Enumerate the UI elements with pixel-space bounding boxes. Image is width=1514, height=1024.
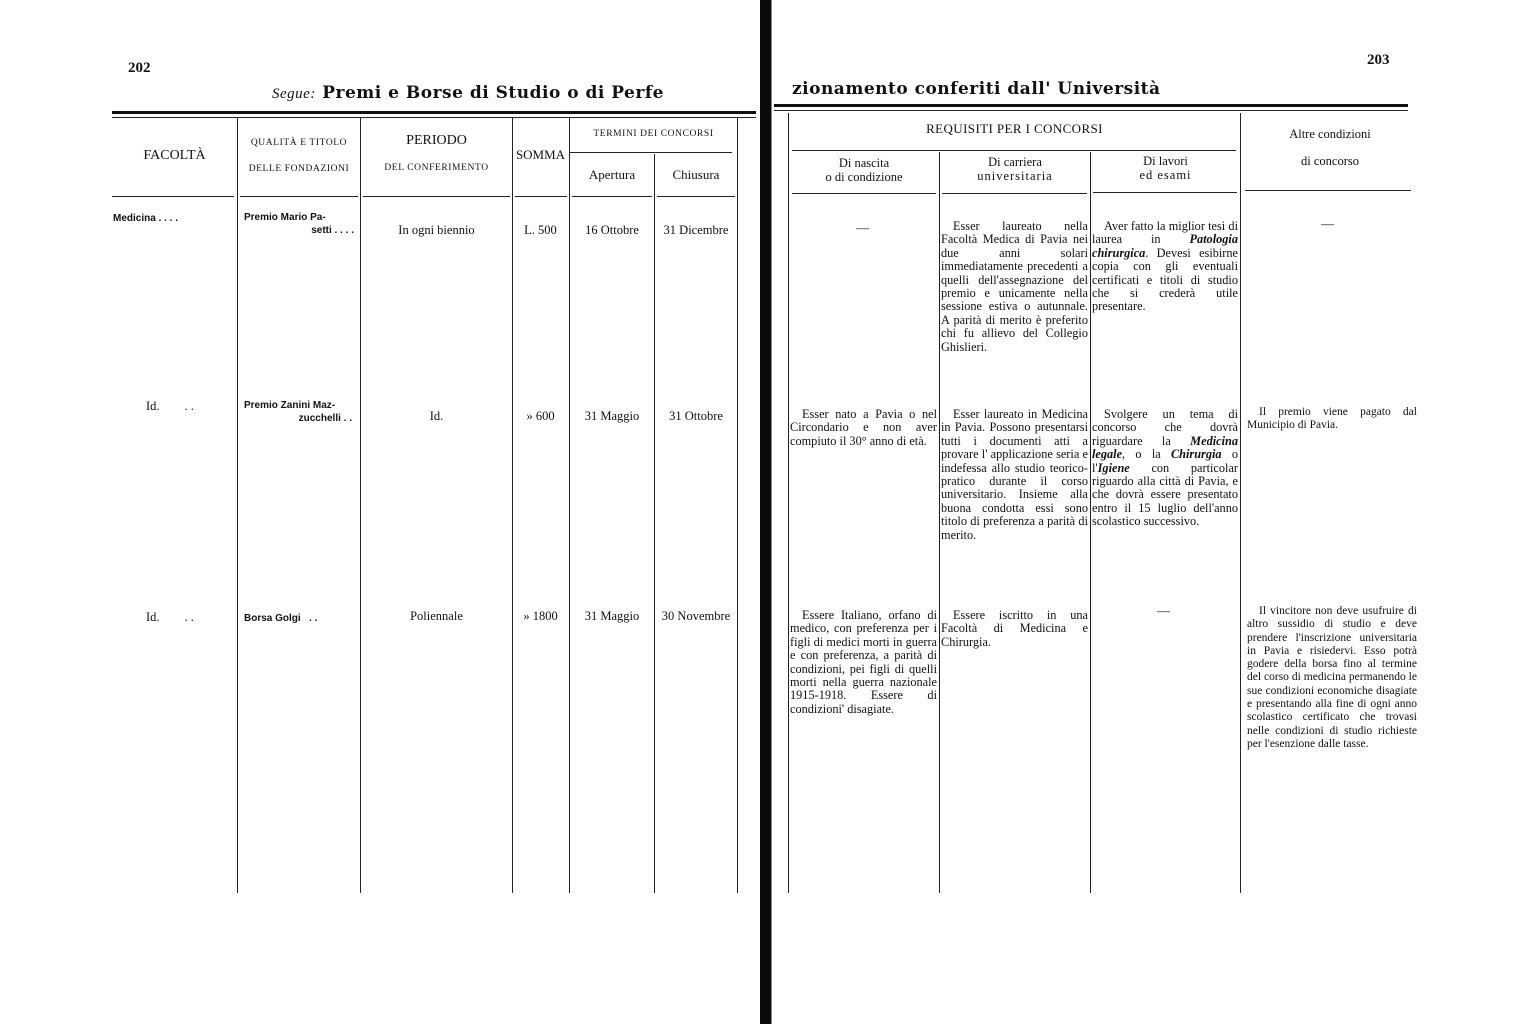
row3-apertura: 31 Maggio (570, 610, 654, 623)
header-bottom-rule (515, 196, 567, 197)
header-requisiti: REQUISITI PER I CONCORSI (789, 120, 1240, 138)
col-divider (1090, 152, 1091, 893)
row2-apertura: 31 Maggio (570, 410, 654, 423)
page-number-right: 203 (1367, 52, 1390, 69)
header-qualita-line2: DELLE FONDAZIONI (238, 163, 360, 176)
row1-facolta: Medicina . . . . (113, 213, 235, 225)
row2-lavori-italic2: Chirurgia (1171, 447, 1222, 461)
row2-lavori-b: , o la (1122, 447, 1171, 461)
row1-periodo: In ogni biennio (361, 224, 512, 237)
row2-nascita: Esser nato a Pavia o nel Circondario e n… (790, 408, 937, 448)
header-qualita-line1: QUALITÀ E TITOLO (238, 137, 360, 150)
row3-altre: Il vincitore non deve usufruire di altro… (1247, 605, 1417, 751)
row3-nascita: Essere Italiano, orfano di medico, con p… (790, 609, 937, 716)
row2-carriera: Esser laureato in Medicina in Pavia. Pos… (941, 408, 1088, 542)
header-top-rule-left (112, 111, 756, 114)
page-number-left: 202 (128, 60, 151, 77)
row2-lavori-italic3: Igiene (1098, 461, 1130, 475)
header-altre-line1: Altre condizioni (1241, 126, 1419, 144)
row1-nascita: — (856, 220, 869, 236)
row2-lavori: Svolgere un tema di concorso che dovrà r… (1092, 408, 1238, 529)
row1-carriera: Esser laureato nella Facoltà Medica di P… (941, 220, 1088, 354)
row3-nascita-text: Essere Italiano, orfano di medico, con p… (790, 609, 937, 716)
col-divider (737, 117, 738, 893)
header-termini: TERMINI DEI CONCORSI (570, 128, 737, 141)
title-text-left: Premi e Borse di Studio o di Perfe (322, 83, 664, 103)
header-somma: SOMMA (512, 146, 569, 164)
row2-facolta: Id. . . (146, 400, 236, 413)
row3-carriera-text: Essere iscritto in una Facoltà di Medici… (941, 609, 1088, 649)
header-carriera: Di carriera universitaria (940, 155, 1090, 183)
row2-altre: Il premio viene pagato dal Municipio di … (1247, 406, 1417, 433)
header-nascita-line1: Di nascita (789, 156, 939, 170)
header-sub-rule (792, 150, 1236, 151)
book-gutter-edge (771, 0, 772, 1024)
row1-altre: — (1321, 216, 1334, 232)
col-divider (788, 113, 789, 893)
header-bottom-rule (657, 196, 735, 197)
header-nascita-line2: o di condizione (789, 170, 939, 184)
header-bottom-rule (1245, 190, 1411, 191)
row1-lavori-text: Aver fatto la miglior tesi di laurea in … (1092, 220, 1238, 314)
row3-lavori: — (1157, 603, 1170, 619)
header-lavori-line1: Di lavori (1091, 154, 1240, 168)
header-facolta: FACOLTÀ (112, 146, 237, 166)
row2-fondazione-line1: Premio Zanini Maz- (244, 400, 356, 412)
row1-fondazione-line1: Premio Mario Pa- (244, 212, 356, 224)
row1-apertura: 16 Ottobre (570, 224, 654, 237)
header-bottom-rule (240, 196, 358, 197)
header-bottom-rule (572, 196, 652, 197)
row3-facolta: Id. . . (146, 611, 236, 624)
col-divider (939, 152, 940, 893)
page-title-right: zionamento conferiti dall' Università (792, 79, 1161, 99)
row2-nascita-text: Esser nato a Pavia o nel Circondario e n… (790, 408, 937, 448)
header-carriera-line1: Di carriera (940, 155, 1090, 169)
header-bottom-rule (792, 193, 936, 194)
row1-fondazione-line2: setti . . . . (244, 225, 354, 237)
header-bottom-rule (1093, 192, 1237, 193)
header-altre-line2: di concorso (1241, 153, 1419, 171)
col-divider (1240, 113, 1241, 893)
row2-chiusura: 31 Ottobre (655, 410, 737, 423)
header-top-rule-left-thin (112, 117, 756, 118)
header-sub-rule (570, 152, 732, 153)
row2-somma: » 600 (512, 410, 569, 423)
title-prefix: Segue: (272, 86, 316, 102)
header-carriera-line2: universitaria (940, 169, 1090, 183)
book-gutter (760, 0, 771, 1024)
header-top-rule-right-thin (774, 110, 1408, 111)
row1-somma: L. 500 (512, 224, 569, 237)
row3-chiusura: 30 Novembre (655, 610, 737, 623)
row1-carriera-text: Esser laureato nella Facoltà Medica di P… (941, 220, 1088, 354)
row3-periodo: Poliennale (361, 610, 512, 623)
header-periodo-line2: DEL CONFERIMENTO (361, 162, 512, 175)
row3-fondazione-line1: Borsa Golgi . . (244, 613, 356, 625)
page-title-left: Segue: Premi e Borse di Studio o di Perf… (272, 83, 664, 103)
header-nascita: Di nascita o di condizione (789, 156, 939, 184)
header-apertura: Apertura (570, 166, 654, 184)
row3-carriera: Essere iscritto in una Facoltà di Medici… (941, 609, 1088, 649)
row1-chiusura: 31 Dicembre (655, 224, 737, 237)
header-bottom-rule (112, 196, 234, 197)
row2-periodo: Id. (361, 410, 512, 423)
row1-lavori: Aver fatto la miglior tesi di laurea in … (1092, 220, 1238, 314)
header-bottom-rule (363, 196, 510, 197)
row3-altre-text: Il vincitore non deve usufruire di altro… (1247, 605, 1417, 751)
col-divider (237, 117, 238, 893)
row2-fondazione-line2: zucchelli . . (244, 413, 352, 425)
header-lavori-line2: ed esami (1091, 168, 1240, 182)
row2-altre-text: Il premio viene pagato dal Municipio di … (1247, 406, 1417, 433)
row3-somma: » 1800 (512, 610, 569, 623)
header-lavori: Di lavori ed esami (1091, 154, 1240, 182)
row2-carriera-text: Esser laureato in Medicina in Pavia. Pos… (941, 408, 1088, 542)
row2-lavori-text: Svolgere un tema di concorso che dovrà r… (1092, 408, 1238, 529)
header-periodo-line1: PERIODO (361, 131, 512, 151)
col-divider (654, 154, 655, 893)
header-top-rule-right (774, 104, 1408, 107)
header-bottom-rule (942, 193, 1087, 194)
header-chiusura: Chiusura (655, 166, 737, 184)
